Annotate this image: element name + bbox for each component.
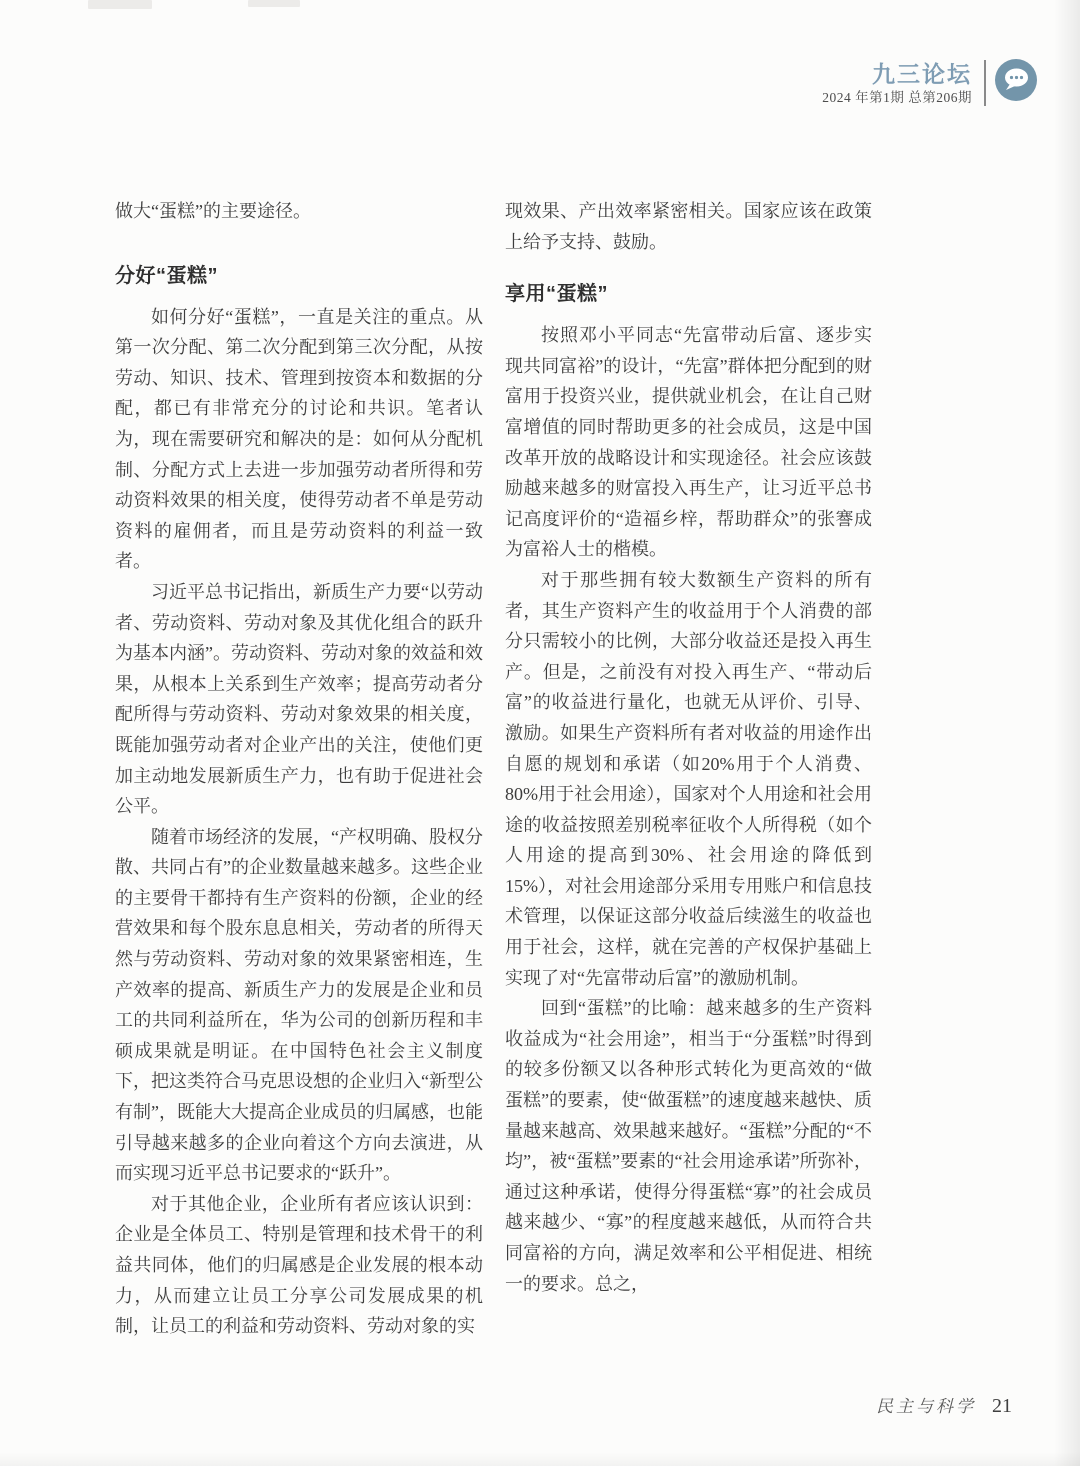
paragraph: 按照邓小平同志“先富带动后富、逐步实现共同富裕”的设计，“先富”群体把分配到的财… [505, 320, 872, 565]
right-column: 现效果、产出效率紧密相关。国家应该在政策上给予支持、鼓励。 享用“蛋糕” 按照邓… [505, 196, 872, 1299]
page-footer: 民主与科学 21 [876, 1392, 1012, 1418]
left-column: 做大“蛋糕”的主要途径。 分好“蛋糕” 如何分好“蛋糕”，一直是关注的重点。从第… [115, 196, 483, 1342]
paragraph: 习近平总书记指出，新质生产力要“以劳动者、劳动资料、劳动对象及其优化组合的跃升为… [115, 577, 483, 822]
scan-artifact [248, 0, 300, 7]
issue-line: 2024 年第1期 总第206期 [822, 89, 972, 106]
paragraph-carryover: 现效果、产出效率紧密相关。国家应该在政策上给予支持、鼓励。 [505, 196, 872, 257]
paragraph: 随着市场经济的发展，“产权明确、股权分散、共同占有”的企业数量越来越多。这些企业… [115, 822, 483, 1189]
paragraph-carryover: 做大“蛋糕”的主要途径。 [115, 196, 483, 227]
journal-name: 民主与科学 [876, 1392, 976, 1417]
magazine-page: 九三论坛 2024 年第1期 总第206期 做大“蛋糕”的主要途径。 分好“蛋糕… [0, 0, 1080, 1466]
section-heading-enjoy-cake: 享用“蛋糕” [505, 281, 872, 308]
masthead-title: 九三论坛 [822, 62, 972, 86]
scan-artifact [88, 0, 152, 9]
page-number: 21 [992, 1395, 1012, 1418]
paragraph: 对于其他企业，企业所有者应该认识到：企业是全体员工、特别是管理和技术骨干的利益共… [115, 1189, 483, 1342]
paragraph: 如何分好“蛋糕”，一直是关注的重点。从第一次分配、第二次分配到第三次分配，从按劳… [115, 302, 483, 577]
paragraph: 回到“蛋糕”的比喻：越来越多的生产资料收益成为“社会用途”，相当于“分蛋糕”时得… [505, 993, 872, 1299]
speech-bubble-icon [995, 59, 1037, 101]
paragraph: 对于那些拥有较大数额生产资料的所有者，其生产资料产生的收益用于个人消费的部分只需… [505, 565, 872, 993]
header-divider [984, 60, 986, 106]
page-header: 九三论坛 2024 年第1期 总第206期 [822, 58, 1037, 106]
section-heading-divide-cake: 分好“蛋糕” [115, 263, 483, 290]
header-text: 九三论坛 2024 年第1期 总第206期 [822, 58, 972, 106]
